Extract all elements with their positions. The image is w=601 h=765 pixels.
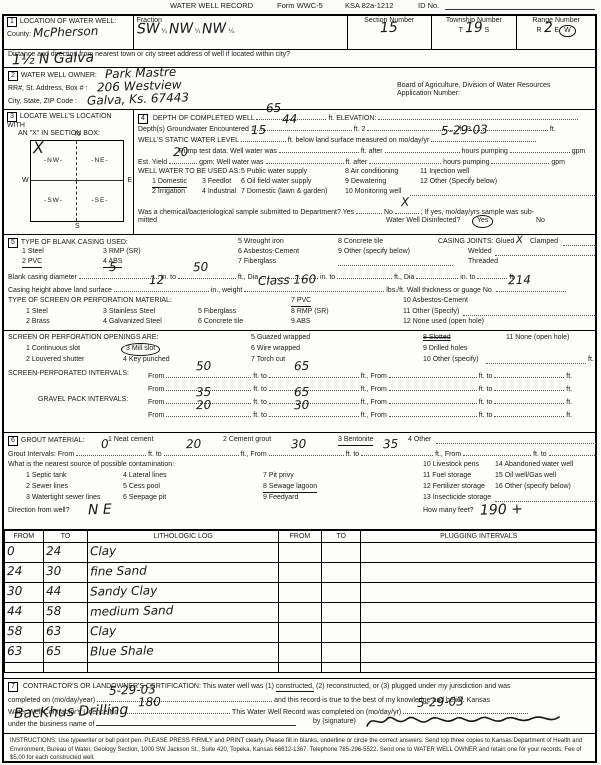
contam-option-2: 2 Sewer lines: [26, 483, 68, 491]
litho-to: 58: [45, 608, 60, 614]
col-from: FROM: [5, 531, 44, 543]
gravel-interval-2-from: 20: [196, 402, 211, 409]
distance-row: Distance and direction from nearest town…: [4, 49, 595, 67]
ft-from-label-2: ft., From: [361, 386, 387, 393]
water-well-record-form: WATER WELL RECORD Form WWC-5 KSA 82a-121…: [0, 0, 601, 765]
contam-option-4: 4 Lateral lines: [123, 472, 167, 480]
opening-option-6: 6 Wire wrapped: [251, 345, 300, 353]
section-3-title-line1: LOCATE WELL'S LOCATION WITH: [7, 113, 112, 129]
in-to-label-2: in. to: [320, 274, 335, 281]
screen-option-4: 4 Galvanized Steel: [103, 318, 162, 326]
opening-option-5: 5 Guazed wrapped: [251, 334, 310, 342]
ft-label-4: ft.: [566, 373, 572, 380]
quadrant-sw: -SW-: [31, 181, 77, 221]
spi-blank-2: [494, 370, 564, 378]
wall-thickness-label: lbs./ft. Wall thickness or guage No.: [386, 287, 494, 294]
litho-empty-row: [5, 663, 597, 673]
dia2-ft-blank: [337, 271, 392, 279]
spi2-blank-2: [269, 383, 359, 391]
col-to: TO: [43, 531, 88, 543]
ft-to-label-8: ft. to: [479, 412, 493, 419]
screen-option-11: 11 Other (Specify): [403, 308, 459, 316]
grout-interval-1-from: 0: [101, 441, 109, 447]
hours-pumping-label-2: hours pumping: [443, 159, 489, 166]
from-label-2: From: [148, 386, 164, 393]
casing-weight-value: Class 160: [258, 276, 316, 284]
ft-to-label-2: ft. to: [479, 373, 493, 380]
screen-option-6: 6 Concrete tile: [198, 318, 243, 326]
fraction-cell: Fraction SW ¼ NW ¼ NW ¼: [134, 16, 348, 49]
spi2-blank-3: [389, 383, 477, 391]
gpi-blank-2: [494, 396, 564, 404]
casing-option-6: 6 Asbestos-Cement: [238, 248, 299, 256]
ft-label: ft.: [550, 126, 556, 133]
blank-casing-title: TYPE OF BLANK CASING USED:: [21, 239, 128, 246]
quadrant-ne: -NE-: [77, 141, 123, 181]
grout-option-2: 2 Cement grout: [223, 436, 271, 444]
static-level-tail: ft. below land surface measured on mo/da…: [288, 137, 430, 144]
well-water-was-label: Well water was: [230, 148, 277, 155]
fraction-label: Fraction: [137, 17, 344, 25]
lithologic-log-table: FROM TO LITHOLOGIC LOG FROM TO PLUGGING …: [4, 530, 597, 673]
section-number-value: 15: [380, 24, 398, 31]
litho-row: 30 44 Sandy Clay: [5, 583, 597, 603]
welded-blank: [495, 248, 595, 256]
gravel-interval-1-to: 65: [294, 389, 309, 396]
col-from-2: FROM: [279, 531, 322, 543]
use-option-5: 5 Public water supply: [241, 168, 307, 176]
screen-option-8: 8 RMP (SR): [291, 308, 329, 316]
ft-to-label-9: ft. to: [148, 451, 162, 458]
screen-option-5: 5 Fiberglass: [198, 308, 236, 316]
static-level-label: WELL'S STATIC WATER LEVEL: [138, 137, 239, 144]
col-lithologic-log: LITHOLOGIC LOG: [88, 531, 279, 543]
hours-pumping-label: hours pumping: [462, 148, 508, 155]
casing-option-9: 9 Other (specify below): [338, 248, 410, 256]
gpm-colon-label: gpm:: [199, 159, 215, 166]
use-option-3: 3 Feedlot: [202, 178, 231, 186]
elevation-label: ft. ELEVATION:: [328, 115, 376, 122]
section-2-owner: 2WATER WELL OWNER: Park Mastre RR#, St. …: [4, 67, 595, 109]
litho-from: 30: [7, 588, 22, 594]
gw-2: ft. 2: [354, 126, 366, 133]
ft-to-label-10: ft. to: [346, 451, 360, 458]
gpi2-blank-2: [494, 409, 564, 417]
distance-value: 1½ N Galva: [12, 55, 94, 64]
litho-row: 24 30 fine Sand: [5, 563, 597, 583]
form-title: WATER WELL RECORD: [170, 2, 253, 10]
grout-interval-2-from: 30: [291, 441, 306, 448]
certification-line1b: (2) reconstructed, or (3) plugged under …: [316, 683, 511, 690]
clamped-blank: [563, 238, 595, 246]
compass-s: S: [75, 223, 80, 231]
screen-material-title: TYPE OF SCREEN OR PERFORATION MATERIAL:: [8, 297, 172, 305]
contam-option-14: 14 Abandoned water well: [495, 461, 573, 469]
casing-joints-label: CASING JOINTS: Glued: [438, 238, 514, 246]
compass-n: N: [75, 131, 80, 139]
litho-from: 63: [7, 648, 22, 654]
instructions-block: INSTRUCTIONS: Use typewriter or ball poi…: [4, 733, 595, 765]
screen-option-9: 9 ABS: [291, 318, 310, 326]
litho-row: 0 24 Clay: [5, 543, 597, 563]
completed-date-value: 5-29-03: [109, 686, 156, 694]
gpi2-blank-1: [389, 409, 477, 417]
section-6-grout: 6GROUT MATERIAL: 1 Neat cement 2 Cement …: [4, 432, 595, 529]
litho-row: 63 65 Blue Shale: [5, 643, 597, 663]
signature-scribble: [363, 710, 563, 732]
gpi-blank-1: [389, 396, 477, 404]
ft-from-label-3: ft., From: [361, 399, 387, 406]
grout-interval-1-to: 20: [186, 441, 201, 448]
contam-option-16: 16 Other (specify below): [495, 483, 571, 491]
casing-option-8: 8 Concrete tile: [338, 238, 383, 246]
quarter-symbol: ¼: [161, 28, 166, 35]
owner-label: WATER WELL OWNER:: [21, 72, 97, 79]
screen-option-10: 10 Asbestos-Cement: [403, 297, 468, 305]
section-4-depth: 4 DEPTH OF COMPLETED WELL 65 ft. ELEVATI…: [134, 110, 595, 234]
screen-option-3: 3 Stainless Steel: [103, 308, 155, 316]
business-name-label: under the business name of: [8, 721, 94, 728]
grout-option-3-selected: 3 Bentonite: [338, 436, 373, 446]
board-of-agriculture-note: Board of Agriculture, Division of Water …: [397, 82, 550, 97]
section-number-cell: Section Number 15: [348, 16, 432, 49]
from-label: From: [148, 373, 164, 380]
city-label: City, State, ZIP Code :: [8, 98, 77, 105]
from-label-5: From: [58, 451, 74, 458]
form-statute: KSA 82a-1212: [345, 2, 393, 10]
use-option-7: 7 Domestic (lawn & garden): [241, 188, 327, 196]
screen-other-blank: [463, 308, 595, 316]
pump-hours-blank: [385, 145, 460, 153]
litho-from: 58: [7, 628, 22, 634]
section-3-locate: 3LOCATE WELL'S LOCATION WITH AN "X" IN S…: [4, 110, 134, 234]
feet-value: 190 +: [480, 506, 523, 513]
contam-option-15: 15 Oil well/Gas well: [495, 472, 556, 480]
business-name-value: BacKhus Drilling: [14, 707, 129, 717]
use-option-11: 11 Injection well: [420, 168, 469, 176]
ft-after-label: ft. after: [361, 148, 383, 155]
dia-label: ft., Dia: [238, 274, 258, 281]
compass-e: E: [127, 177, 132, 185]
casing-option-1: 1 Steel: [22, 248, 44, 256]
use-option-6: 6 Oil field water supply: [241, 178, 311, 186]
range-label: Range Number: [520, 17, 592, 25]
casing-height-label: Casing height above land surface: [8, 287, 112, 294]
litho-to: 65: [45, 648, 60, 654]
depth-completed-label: DEPTH OF COMPLETED WELL: [153, 115, 255, 122]
spi2-blank-4: [494, 383, 564, 391]
section-3-title-line2: AN "X" IN SECTION BOX:: [4, 129, 133, 138]
screen-interval-from: 50: [196, 363, 211, 370]
weight-label: in., weight: [211, 287, 243, 294]
gravel-interval-2-to: 30: [294, 402, 309, 409]
use-option-2: 2 Irrigation: [152, 188, 185, 196]
use-option-10: 10 Monitoring well: [345, 188, 401, 196]
casing-height-value: 12: [149, 277, 164, 284]
licence-value: 180: [138, 699, 161, 706]
screen-interval-to: 65: [294, 363, 309, 370]
contam-option-5: 5 Cess pool: [123, 483, 160, 491]
disinfected-yes-circled: Yes: [472, 215, 493, 228]
blank-diameter-label: Blank casing diameter: [8, 274, 77, 281]
ft-from-label-4: ft., From: [361, 412, 387, 419]
yield-hours-blank: [369, 156, 441, 164]
county-label: County:: [7, 31, 31, 38]
instructions-text: INSTRUCTIONS: Use typewriter or ball poi…: [10, 738, 582, 761]
yield-gpm-blank: [491, 156, 549, 164]
screen-option-1: 1 Steel: [26, 308, 48, 316]
col-to-2: TO: [321, 531, 361, 543]
section-3-number: 3: [7, 112, 17, 122]
use-option-8: 8 Air conditioning: [345, 168, 398, 176]
pump-gpm-blank: [510, 145, 570, 153]
opening-option-4: 4 Key punched: [123, 356, 170, 364]
contamination-title: What is the nearest source of possible c…: [8, 461, 174, 469]
sample-tail-2: mitted: [138, 217, 157, 224]
static-level-value: 15: [251, 127, 266, 134]
range-r: R: [537, 27, 542, 34]
contam-option-1: 1 Septic tank: [26, 472, 66, 480]
casing-other-blank: [338, 258, 453, 266]
ft-after-label-2: ft. after: [345, 159, 367, 166]
direction-value: N E: [88, 507, 112, 514]
opening-option-10: 10 Other (specify): [423, 356, 479, 364]
litho-desc: fine Sand: [90, 567, 147, 574]
section-5-casing: 5TYPE OF BLANK CASING USED: 5 Wrought ir…: [4, 234, 595, 432]
opening-option-3-circled: 3 Mill slot: [121, 343, 160, 356]
blank-diameter-to-value: 50: [193, 264, 208, 271]
grout-intervals-label: Grout Intervals:: [8, 451, 56, 458]
contam-option-10: 10 Livestock pens: [423, 461, 479, 469]
opening-option-9: 9 Drilled holes: [423, 345, 467, 353]
contam-option-11: 11 Fuel storage: [423, 472, 471, 480]
opening-option-7: 7 Torch cut: [251, 356, 285, 364]
litho-to: 63: [45, 628, 60, 634]
screen-option-12: 12 None used (open hole): [403, 318, 484, 326]
form-id-label: ID No.: [418, 2, 439, 10]
litho-to: 24: [45, 548, 60, 554]
grout-option-4: 4 Other: [408, 436, 431, 444]
litho-from: 44: [7, 608, 22, 614]
address-label: RR#, St. Address, Box # :: [8, 85, 87, 92]
threaded-label: Threaded: [468, 258, 498, 266]
casing-option-7: 7 Fiberglass: [238, 258, 276, 266]
ft-to-label-7: ft. to: [253, 412, 267, 419]
welded-label: Welded: [468, 248, 492, 256]
opening-option-8-marked: 8 Slotted: [423, 334, 451, 342]
glued-x-mark: X: [516, 238, 523, 244]
groundwater-depth-1: 44: [282, 116, 297, 123]
section-grid-diagram: N S W E -NW- -NE- -SW- -SE- X: [30, 140, 124, 222]
sample-no-x-mark: X: [401, 199, 409, 205]
depth-completed-value: 65: [266, 105, 281, 112]
township-t: T: [459, 27, 463, 34]
opening-option-2: 2 Louvered shutter: [26, 356, 84, 364]
contam-option-13: 13 Insecticide storage: [423, 494, 491, 502]
lithologic-log-section: FROM TO LITHOLOGIC LOG FROM TO PLUGGING …: [4, 529, 595, 678]
monitoring-blank: [410, 188, 595, 196]
blank-diameter-value: 5: [109, 264, 117, 270]
static-measured-date: 5-29-03: [441, 126, 488, 134]
litho-desc: medium Sand: [90, 607, 173, 614]
elevation-blank: [378, 112, 578, 120]
dia3-blank: [416, 271, 458, 279]
ft-label-3: ft.: [588, 356, 594, 364]
groundwater-label: Depth(s) Groundwater Encountered: [138, 126, 249, 133]
fraction-q3: NW: [202, 25, 227, 32]
quadrant-se: -SE-: [77, 181, 123, 221]
dia3-ft-blank: [477, 271, 507, 279]
litho-to: 30: [45, 568, 60, 574]
litho-row: 44 58 medium Sand: [5, 603, 597, 623]
use-option-4: 4 Industrial: [202, 188, 236, 196]
gravel-pack-label: GRAVEL PACK INTERVALS:: [38, 396, 128, 404]
openings-title: SCREEN OR PERFORATION OPENINGS ARE:: [8, 334, 158, 342]
feet-label: How many feet?: [423, 507, 474, 515]
ft-label-6: ft.: [566, 399, 572, 406]
ft-to-label-11: ft. to: [533, 451, 547, 458]
screen-option-7-selected: 7 PVC: [291, 297, 311, 307]
opening-option-1: 1 Continuous slot: [26, 345, 80, 353]
ft-to-label-4: ft. to: [479, 386, 493, 393]
litho-row: 58 63 Clay: [5, 623, 597, 643]
disinfected-no: No: [536, 217, 545, 225]
in-to-label-3: in. to: [460, 274, 475, 281]
casing-option-3: 3 RMP (SR): [103, 248, 141, 256]
est-yield-value: 20: [173, 149, 188, 156]
city-value: Galva, Ks. 67443: [87, 94, 189, 104]
use-label: WELL WATER TO BE USED AS:: [138, 168, 240, 176]
gpm-label: gpm: [572, 148, 586, 155]
constructed-underlined: constructed,: [276, 683, 314, 692]
section-5-number: 5: [8, 238, 18, 248]
form-sheet: 1LOCATION OF WATER WELL: County: McPhers…: [2, 14, 597, 763]
litho-desc: Blue Shale: [90, 647, 154, 654]
direction-label: Direction from well?: [8, 507, 69, 515]
section-7-certification: 7 CONTRACTOR'S OR LANDOWNER'S CERTIFICAT…: [4, 678, 595, 733]
grout-blank-3: [463, 448, 531, 456]
grout-other-blank: [436, 436, 596, 444]
county-cell: 1LOCATION OF WATER WELL: County: McPhers…: [4, 16, 134, 49]
section-2-number: 2: [8, 71, 18, 81]
fraction-q2: NW: [169, 25, 194, 32]
compass-w: W: [22, 177, 29, 185]
opening-other-blank: [486, 356, 586, 364]
contam-option-6: 6 Seepage pit: [123, 494, 166, 502]
litho-desc: Sandy Clay: [90, 587, 157, 594]
opening-option-11: 11 None (open hole): [506, 334, 569, 342]
use-option-9: 9 Dewatering: [345, 178, 386, 186]
gravel-interval-1-from: 35: [196, 389, 211, 396]
from-label-3: From: [148, 399, 164, 406]
litho-desc: Clay: [90, 627, 116, 633]
form-id-blank: [445, 2, 595, 10]
contam-option-3: 3 Watertight sewer lines: [26, 494, 100, 502]
dia-label-2: ft., Dia: [394, 274, 414, 281]
contam-option-9: 9 Feedyard: [263, 494, 298, 502]
ft-from-label: ft., From: [361, 373, 387, 380]
col-plugging-intervals: PLUGGING INTERVALS: [361, 531, 597, 543]
pump-ft-blank: [279, 145, 359, 153]
section-1-number: 1: [7, 17, 17, 27]
ft-from-label-5: ft., From: [241, 451, 267, 458]
screen-intervals-label: SCREEN-PERFORATED INTERVALS:: [8, 370, 129, 378]
ft-from-label-6: ft., From: [435, 451, 461, 458]
section-1-location: 1LOCATION OF WATER WELL: County: McPhers…: [4, 16, 595, 49]
use-option-12: 12 Other (Specify below): [420, 178, 497, 186]
litho-header-row: FROM TO LITHOLOGIC LOG FROM TO PLUGGING …: [5, 531, 597, 543]
ft-to-label: ft. to: [253, 373, 267, 380]
use-option-1-selected: 1 Domestic: [152, 178, 187, 188]
gpm-label-2: gpm: [551, 159, 565, 166]
casing-option-2-selected: 2 PVC: [22, 258, 42, 268]
record-completed-date: 5-29-03: [417, 698, 464, 706]
section-6-number: 6: [8, 436, 18, 446]
divider: [4, 330, 595, 331]
township-s: S: [485, 27, 490, 34]
address-value: 206 Westview: [97, 82, 182, 91]
casing-option-5: 5 Wrought iron: [238, 238, 284, 246]
screen-option-2: 2 Brass: [26, 318, 50, 326]
contam-option-12: 12 Fertilizer storage: [423, 483, 485, 491]
grout-interval-2-to: 35: [383, 441, 398, 448]
board-line: Board of Agriculture, Division of Water …: [397, 82, 550, 90]
signature-label: by (signature): [313, 718, 356, 726]
litho-from: 0: [7, 548, 15, 554]
section-7-number: 7: [8, 682, 18, 692]
range-w-circled: W: [559, 25, 576, 38]
ft-label-5: ft.: [566, 386, 572, 393]
range-value: 2: [543, 25, 552, 31]
well-water-was-label-2: Well water was: [217, 159, 264, 166]
ft-to-label-5: ft. to: [253, 399, 267, 406]
yield-ft-blank: [266, 156, 344, 164]
sample-question: Was a chemical/bacteriological sample su…: [138, 209, 354, 216]
ft-label-7: ft.: [566, 412, 572, 419]
litho-from: 24: [7, 568, 22, 574]
grout-option-1: 1 Neat cement: [108, 436, 154, 444]
form-header: WATER WELL RECORD Form WWC-5 KSA 82a-121…: [0, 2, 601, 14]
quarter-symbol: ¼: [195, 28, 200, 35]
section-3-4-band: 3LOCATE WELL'S LOCATION WITH AN "X" IN S…: [4, 109, 595, 234]
gauge-value: 214: [508, 277, 531, 284]
owner-value: Park Mastre: [105, 69, 176, 77]
spi-blank-1: [389, 370, 477, 378]
litho-to: 44: [45, 588, 60, 594]
contam-option-7: 7 Pit privy: [263, 472, 294, 480]
form-number: Form WWC-5: [277, 2, 323, 10]
county-value: McPherson: [33, 28, 98, 36]
grout-title: GROUT MATERIAL:: [21, 437, 85, 444]
sample-no-label: No: [384, 209, 393, 216]
litho-desc: Clay: [90, 547, 116, 553]
sample-yes-blank: [356, 206, 382, 214]
township-cell: Township Number T 19 S: [432, 16, 518, 49]
ft-to-label-3: ft. to: [253, 386, 267, 393]
contam-option-8-selected: 8 Sewage lagoon: [263, 483, 317, 493]
est-yield-label: Est. Yield: [138, 159, 167, 166]
grout-blank-4: [549, 448, 597, 456]
township-value: 19: [465, 24, 483, 31]
disinfected-label: Water Well Disinfected?: [386, 217, 460, 225]
range-cell: Range Number R 2 EW: [517, 16, 595, 49]
from-label-4: From: [148, 412, 164, 419]
ft-to-label-6: ft. to: [479, 399, 493, 406]
clamped-label: Clamped: [530, 238, 558, 246]
well-location-x-mark: X: [33, 145, 44, 151]
quarter-symbol: ¼: [229, 28, 234, 35]
application-number-label: Application Number:: [397, 90, 550, 98]
